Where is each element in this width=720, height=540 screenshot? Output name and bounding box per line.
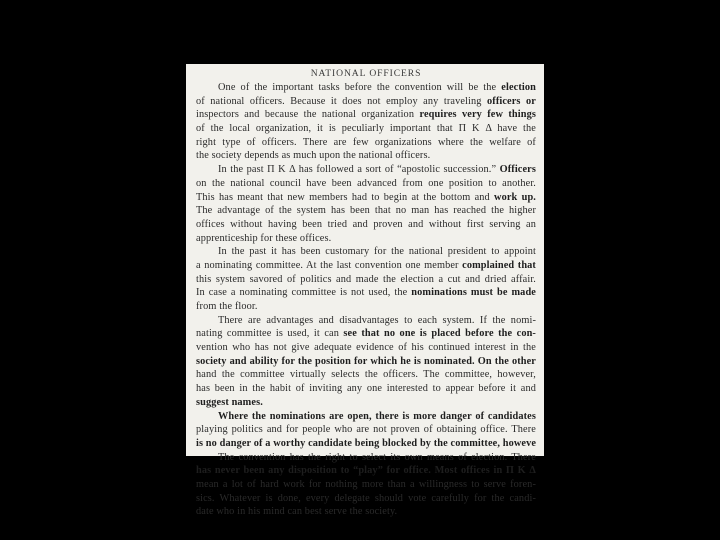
text-segment: sics. Whatever is done, every delegate s… <box>196 493 536 504</box>
text-segment: see that no one is placed before the con… <box>343 328 536 339</box>
text-segment: date who in his mind can best serve the … <box>196 506 397 517</box>
text-segment: offices without having been tried and pr… <box>196 219 536 230</box>
text-segment: The convention has the right to select i… <box>218 452 536 463</box>
text-segment: is no danger of a worthy candidate being… <box>196 438 536 449</box>
text-segment: from the floor. <box>196 301 258 312</box>
text-segment: One of the important tasks before the co… <box>218 82 501 93</box>
text-line: sics. Whatever is done, every delegate s… <box>196 492 536 506</box>
text-segment: election <box>501 82 536 93</box>
text-segment: Officers <box>500 164 536 175</box>
text-segment: a nominating committee. At the last conv… <box>196 260 462 271</box>
text-line: this system savored of politics and made… <box>196 273 536 287</box>
text-line: suggest names. <box>196 396 536 410</box>
text-line: In the past it has been customary for th… <box>196 245 536 259</box>
text-line: There are advantages and disadvantages t… <box>196 314 536 328</box>
text-line: date who in his mind can best serve the … <box>196 505 536 519</box>
text-line: In case a nominating committee is not us… <box>196 286 536 300</box>
text-line: Where the nominations are open, there is… <box>196 410 536 424</box>
text-segment: vention who has not give adequate eviden… <box>196 342 536 353</box>
text-segment: In case a nominating committee is not us… <box>196 287 411 298</box>
body-text: One of the important tasks before the co… <box>196 81 536 519</box>
text-line: One of the important tasks before the co… <box>196 81 536 95</box>
slide-background: NATIONAL OFFICERS One of the important t… <box>0 0 720 540</box>
text-line: has never been any disposition to “play”… <box>196 464 536 478</box>
text-segment: hand the committee virtually selects the… <box>196 369 536 380</box>
text-segment: complained that <box>462 260 536 271</box>
text-segment: requires very few things <box>419 109 536 120</box>
text-segment: officers or <box>487 96 536 107</box>
text-line: a nominating committee. At the last conv… <box>196 259 536 273</box>
page-heading: NATIONAL OFFICERS <box>196 67 536 81</box>
text-segment: In the past Π K Δ has followed a sort of… <box>218 164 500 175</box>
text-line: apprenticeship for these offices. <box>196 232 536 246</box>
text-line: the society depends as much upon the nat… <box>196 149 536 163</box>
text-segment: There are advantages and disadvantages t… <box>218 315 536 326</box>
text-line: playing politics and for people who are … <box>196 423 536 437</box>
text-segment: of the local organization, it is peculia… <box>196 123 536 134</box>
text-segment: has never been any disposition to “play”… <box>196 465 536 476</box>
text-line: vention who has not give adequate eviden… <box>196 341 536 355</box>
text-line: of the local organization, it is peculia… <box>196 122 536 136</box>
text-segment: inspectors and because the national orga… <box>196 109 419 120</box>
text-segment: the society depends as much upon the nat… <box>196 150 430 161</box>
text-segment: In the past it has been customary for th… <box>218 246 536 257</box>
scanned-page: NATIONAL OFFICERS One of the important t… <box>186 64 544 456</box>
text-segment: society and ability for the position for… <box>196 356 536 367</box>
text-segment: this system savored of politics and made… <box>196 274 536 285</box>
text-line: nating committee is used, it can see tha… <box>196 327 536 341</box>
text-segment: right type of officers. There are few or… <box>196 137 536 148</box>
text-line: hand the committee virtually selects the… <box>196 368 536 382</box>
text-line: mean a lot of hard work for nothing more… <box>196 478 536 492</box>
text-segment: apprenticeship for these offices. <box>196 233 331 244</box>
text-line: of national officers. Because it does no… <box>196 95 536 109</box>
text-segment: work up. <box>494 192 536 203</box>
text-segment: has been in the habit of inviting any on… <box>196 383 536 394</box>
text-line: In the past Π K Δ has followed a sort of… <box>196 163 536 177</box>
text-segment: This has meant that new members had to b… <box>196 192 494 203</box>
text-line: offices without having been tried and pr… <box>196 218 536 232</box>
text-segment: Where the nominations are open, there is… <box>218 411 536 422</box>
text-segment: nating committee is used, it can <box>196 328 343 339</box>
text-line: from the floor. <box>196 300 536 314</box>
text-line: has been in the habit of inviting any on… <box>196 382 536 396</box>
text-segment: on the national council have been advanc… <box>196 178 536 189</box>
text-line: The advantage of the system has been tha… <box>196 204 536 218</box>
text-line: society and ability for the position for… <box>196 355 536 369</box>
text-segment: playing politics and for people who are … <box>196 424 536 435</box>
text-segment: mean a lot of hard work for nothing more… <box>196 479 536 490</box>
text-segment: suggest names. <box>196 397 263 408</box>
text-segment: of national officers. Because it does no… <box>196 96 487 107</box>
text-segment: nominations must be made <box>411 287 536 298</box>
text-line: The convention has the right to select i… <box>196 451 536 465</box>
text-line: on the national council have been advanc… <box>196 177 536 191</box>
text-line: This has meant that new members had to b… <box>196 191 536 205</box>
text-line: right type of officers. There are few or… <box>196 136 536 150</box>
text-line: inspectors and because the national orga… <box>196 108 536 122</box>
text-segment: The advantage of the system has been tha… <box>196 205 536 216</box>
text-line: is no danger of a worthy candidate being… <box>196 437 536 451</box>
